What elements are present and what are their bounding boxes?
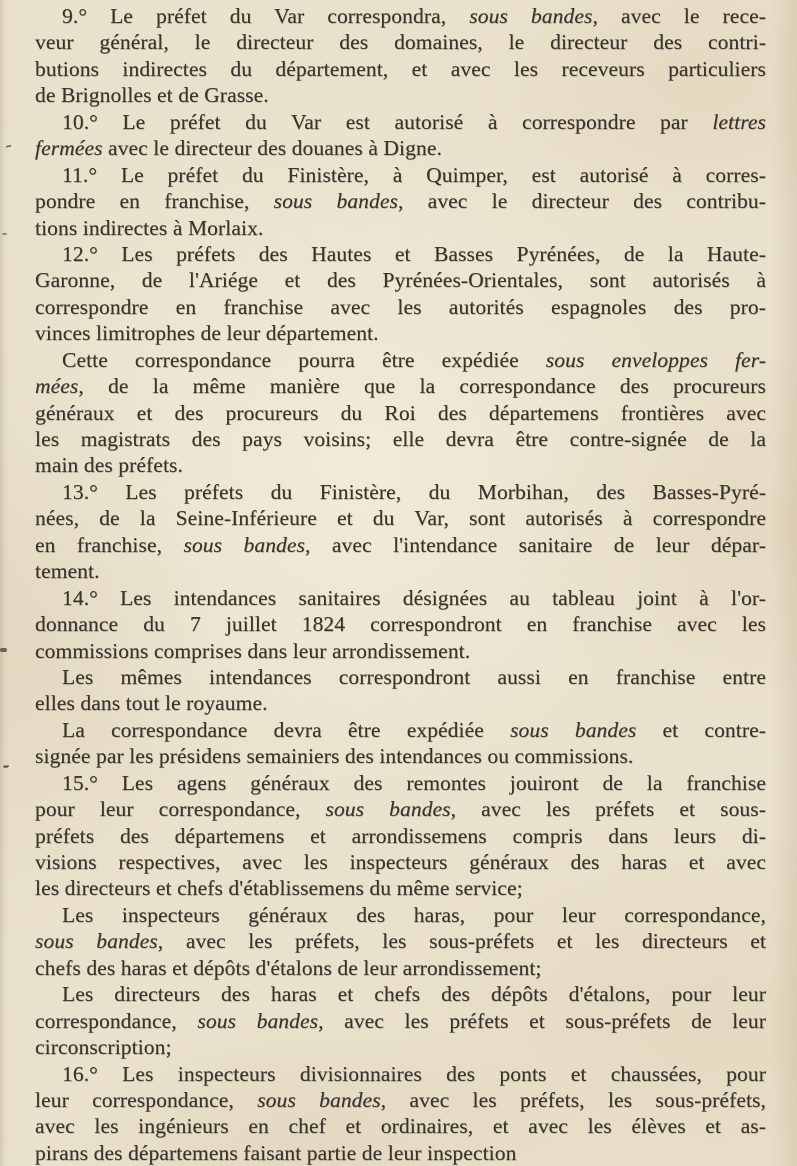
- text-run: Les inspecteurs généraux des haras, pour…: [62, 903, 766, 927]
- text-line: 15.° Les agens généraux des remontes jou…: [35, 770, 766, 796]
- paragraph: 9.° Le préfet du Var correspondra, sous …: [35, 3, 766, 109]
- text-line: 14.° Les intendances sanitaires désignée…: [35, 585, 766, 611]
- text-line: préfets des départemens et arrondissemen…: [35, 823, 766, 849]
- text-line: Les mêmes intendances correspondront aus…: [35, 664, 766, 690]
- text-line: vinces limitrophes de leur département.: [35, 320, 766, 346]
- paragraph: Cette correspondance pourra être expédié…: [35, 347, 766, 479]
- italic-phrase: sous bandes: [469, 4, 592, 28]
- text-run: main des préfets.: [35, 453, 183, 477]
- text-line: 16.° Les inspecteurs divisionnaires des …: [35, 1061, 766, 1087]
- text-run: les magistrats des pays voisins; elle de…: [35, 427, 766, 451]
- text-line: nées, de la Seine-Inférieure et du Var, …: [35, 505, 766, 531]
- paragraph: 15.° Les agens généraux des remontes jou…: [35, 770, 766, 902]
- text-run: préfets des départemens et arrondissemen…: [35, 824, 766, 848]
- text-line: tement.: [35, 558, 766, 584]
- text-run: tions indirectes à Morlaix.: [35, 216, 263, 240]
- text-run: 14.° Les intendances sanitaires désignée…: [62, 586, 766, 610]
- text-run: Les mêmes intendances correspondront aus…: [62, 665, 766, 689]
- text-run: et contre-: [636, 718, 766, 742]
- text-line: 9.° Le préfet du Var correspondra, sous …: [35, 3, 766, 29]
- text-run: 12.° Les préfets des Hautes et Basses Py…: [62, 242, 766, 266]
- paragraph: 16.° Les inspecteurs divisionnaires des …: [35, 1061, 766, 1166]
- italic-phrase: sous bandes: [183, 533, 305, 557]
- margin-dash-mark: -: [3, 760, 10, 770]
- text-run: nées, de la Seine-Inférieure et du Var, …: [35, 506, 766, 530]
- margin-dash-mark: -: [4, 139, 13, 150]
- text-line: pirans des départemens faisant partie de…: [35, 1140, 766, 1166]
- text-line: leur correspondance, sous bandes, avec l…: [35, 1087, 766, 1113]
- text-line: les magistrats des pays voisins; elle de…: [35, 426, 766, 452]
- text-run: généraux et des procureurs du Roi des dé…: [35, 401, 766, 425]
- text-run: , avec le rece-: [592, 4, 766, 28]
- text-line: en franchise, sous bandes, avec l'intend…: [35, 532, 766, 558]
- text-line: chefs des haras et dépôts d'étalons de l…: [35, 955, 766, 981]
- text-run: avec les ingénieurs en chef et ordinaire…: [35, 1114, 766, 1138]
- text-run: donnance du 7 juillet 1824 correspondron…: [35, 612, 766, 636]
- paragraph: La correspondance devra être expédiée so…: [35, 717, 766, 770]
- italic-phrase: fermées: [35, 136, 103, 160]
- text-run: correspondance,: [35, 1009, 197, 1033]
- text-line: veur général, le directeur des domaines,…: [35, 29, 766, 55]
- text-run: 11.° Le préfet du Finistère, à Quimper, …: [62, 163, 766, 187]
- text-run: 15.° Les agens généraux des remontes jou…: [62, 771, 766, 795]
- text-run: , avec les préfets, les sous-préfets,: [381, 1088, 766, 1112]
- text-run: signée par les présidens semainiers des …: [35, 744, 633, 768]
- text-run: les directeurs et chefs d'établissemens …: [35, 876, 523, 900]
- text-run: , avec les préfets et sous-préfets de le…: [318, 1009, 766, 1033]
- text-line: les directeurs et chefs d'établissemens …: [35, 875, 766, 901]
- paragraph: 11.° Le préfet du Finistère, à Quimper, …: [35, 162, 766, 241]
- text-line: butions indirectes du département, et av…: [35, 56, 766, 82]
- text-line: mées, de la même manière que la correspo…: [35, 373, 766, 399]
- text-run: pour leur correspondance,: [35, 797, 325, 821]
- paragraph: 12.° Les préfets des Hautes et Basses Py…: [35, 241, 766, 347]
- text-line: Garonne, de l'Ariége et des Pyrénées-Ori…: [35, 267, 766, 293]
- text-run: circonscription;: [35, 1035, 172, 1059]
- text-line: correspondance, sous bandes, avec les pr…: [35, 1008, 766, 1034]
- text-line: Cette correspondance pourra être expédié…: [35, 347, 766, 373]
- text-run: , avec les préfets, les sous-préfets et …: [158, 929, 766, 953]
- text-run: de la même manière que la correspondance…: [84, 374, 766, 398]
- italic-phrase: sous bandes: [35, 929, 158, 953]
- text-run: butions indirectes du département, et av…: [35, 57, 766, 81]
- text-line: visions respectives, avec les inspecteur…: [35, 849, 766, 875]
- text-line: 11.° Le préfet du Finistère, à Quimper, …: [35, 162, 766, 188]
- text-line: Les directeurs des haras et chefs des dé…: [35, 981, 766, 1007]
- text-run: leur correspondance,: [35, 1088, 257, 1112]
- text-run: pirans des départemens faisant partie de…: [35, 1141, 516, 1165]
- text-run: 13.° Les préfets du Finistère, du Morbih…: [62, 480, 766, 504]
- text-line: 13.° Les préfets du Finistère, du Morbih…: [35, 479, 766, 505]
- italic-phrase: sous bandes: [257, 1088, 380, 1112]
- text-line: pour leur correspondance, sous bandes, a…: [35, 796, 766, 822]
- document-text-block: 9.° Le préfet du Var correspondra, sous …: [35, 3, 766, 1166]
- text-run: pondre en franchise,: [35, 189, 274, 213]
- italic-phrase: sous bandes: [197, 1009, 318, 1033]
- italic-phrase: sous bandes: [510, 718, 636, 742]
- text-run: , avec l'intendance sanitaire de leur dé…: [305, 533, 766, 557]
- text-line: La correspondance devra être expédiée so…: [35, 717, 766, 743]
- text-run: de Brignolles et de Grasse.: [35, 83, 269, 107]
- text-line: Les inspecteurs généraux des haras, pour…: [35, 902, 766, 928]
- text-run: Garonne, de l'Ariége et des Pyrénées-Ori…: [35, 268, 766, 292]
- text-line: 10.° Le préfet du Var est autorisé à cor…: [35, 109, 766, 135]
- text-run: 16.° Les inspecteurs divisionnaires des …: [62, 1062, 766, 1086]
- scanned-document-page: 9.° Le préfet du Var correspondra, sous …: [0, 0, 797, 1166]
- text-run: visions respectives, avec les inspecteur…: [35, 850, 766, 874]
- text-line: donnance du 7 juillet 1824 correspondron…: [35, 611, 766, 637]
- text-run: vinces limitrophes de leur département.: [35, 321, 379, 345]
- text-line: généraux et des procureurs du Roi des dé…: [35, 400, 766, 426]
- text-line: de Brignolles et de Grasse.: [35, 82, 766, 108]
- text-run: commissions comprises dans leur arrondis…: [35, 639, 470, 663]
- text-run: veur général, le directeur des domaines,…: [35, 30, 766, 54]
- text-run: , avec les préfets et sous-: [451, 797, 766, 821]
- italic-phrase: sous bandes: [325, 797, 450, 821]
- text-run: chefs des haras et dépôts d'étalons de l…: [35, 956, 542, 980]
- text-line: elles dans tout le royaume.: [35, 690, 766, 716]
- text-run: correspondre en franchise avec les autor…: [35, 295, 766, 319]
- paragraph: Les directeurs des haras et chefs des dé…: [35, 981, 766, 1060]
- italic-phrase: sous bandes: [274, 189, 398, 213]
- paragraph: Les inspecteurs généraux des haras, pour…: [35, 902, 766, 981]
- text-run: La correspondance devra être expédiée: [62, 718, 510, 742]
- text-line: commissions comprises dans leur arrondis…: [35, 638, 766, 664]
- paragraph: 13.° Les préfets du Finistère, du Morbih…: [35, 479, 766, 585]
- text-line: signée par les présidens semainiers des …: [35, 743, 766, 769]
- text-line: fermées avec le directeur des douanes à …: [35, 135, 766, 161]
- text-run: avec le directeur des douanes à Digne.: [103, 136, 442, 160]
- text-line: 12.° Les préfets des Hautes et Basses Py…: [35, 241, 766, 267]
- text-line: main des préfets.: [35, 452, 766, 478]
- italic-phrase: sous enveloppes fer-: [546, 348, 766, 372]
- text-run: Les directeurs des haras et chefs des dé…: [62, 982, 766, 1006]
- text-run: elles dans tout le royaume.: [35, 691, 268, 715]
- text-line: tions indirectes à Morlaix.: [35, 215, 766, 241]
- text-run: 9.° Le préfet du Var correspondra,: [62, 4, 469, 28]
- text-line: avec les ingénieurs en chef et ordinaire…: [35, 1113, 766, 1139]
- text-run: en franchise,: [35, 533, 183, 557]
- italic-phrase: mées,: [35, 374, 84, 398]
- text-line: correspondre en franchise avec les autor…: [35, 294, 766, 320]
- text-run: Cette correspondance pourra être expédié…: [62, 348, 546, 372]
- italic-phrase: lettres: [712, 110, 766, 134]
- text-run: 10.° Le préfet du Var est autorisé à cor…: [62, 110, 712, 134]
- text-run: , avec le directeur des contribu-: [398, 189, 766, 213]
- text-line: sous bandes, avec les préfets, les sous-…: [35, 928, 766, 954]
- paragraph: Les mêmes intendances correspondront aus…: [35, 664, 766, 717]
- text-run: tement.: [35, 559, 100, 583]
- paragraph: 14.° Les intendances sanitaires désignée…: [35, 585, 766, 664]
- paragraph: 10.° Le préfet du Var est autorisé à cor…: [35, 109, 766, 162]
- text-line: circonscription;: [35, 1034, 766, 1060]
- scan-artifacts: [0, 648, 7, 652]
- text-line: pondre en franchise, sous bandes, avec l…: [35, 188, 766, 214]
